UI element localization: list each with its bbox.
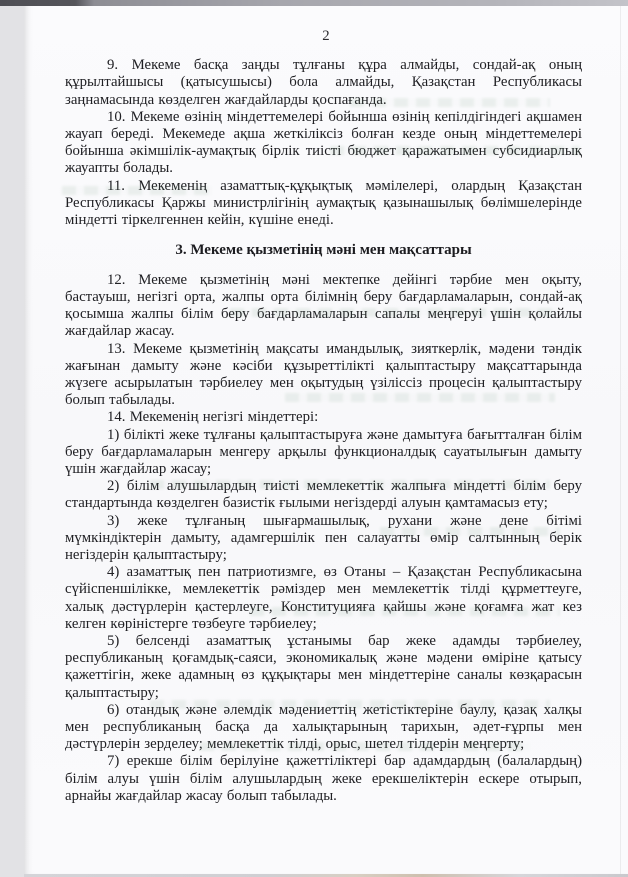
scan-edge-top xyxy=(0,0,628,6)
text-line: 3) жеке тұлғаның шығармашылық, рухани жә… xyxy=(65,513,582,530)
paragraph: 1) білікті жеке тұлғаны қалыптастыруға ж… xyxy=(65,427,582,479)
text-line: 6) отандық және әлемдік мәдениеттің жеті… xyxy=(65,702,582,719)
paragraph: 2) білім алушылардың тиісті мемлекеттік … xyxy=(65,478,582,512)
text-line: жауапты болады. xyxy=(65,160,582,177)
text-line: құрылтайшысы (қатысушысы) бола алмайды, … xyxy=(65,74,582,91)
paragraph: 4) азаматтық пен патриотизмге, өз Отаны … xyxy=(65,564,582,633)
text-line: қалыптастыру; xyxy=(65,685,582,702)
text-line: мен республиканың басқа да халықтарының … xyxy=(65,719,582,736)
text-line: негіздерін қалыптастыру; xyxy=(65,547,582,564)
text-line: жауап береді. Мекемеде ақша жеткіліксіз … xyxy=(65,126,582,143)
text-line: 2) білім алушылардың тиісті мемлекеттік … xyxy=(65,478,582,495)
text-line: арнайы жағдайлар жасау болып табылады. xyxy=(65,788,582,805)
paragraph: 7) ерекше білім берілуіне қажеттіліктері… xyxy=(65,753,582,805)
text-line: міндетті тіркелгеннен кейін, күшіне енед… xyxy=(65,212,582,229)
paragraph: 10. Мекеме өзінің міндеттемелері бойынша… xyxy=(65,109,582,178)
text-line: 5) белсенді азаматтық ұстанымы бар жеке … xyxy=(65,633,582,650)
text-line: халық дәстүрлерін қастерлеуге, Конституц… xyxy=(65,599,582,616)
text-line: заңнамасында көзделген жағдайларды қоспа… xyxy=(65,92,582,109)
text-line: 9. Мекеме басқа заңды тұлғаны құра алмай… xyxy=(65,57,582,74)
text-line: 4) азаматтық пен патриотизмге, өз Отаны … xyxy=(65,564,582,581)
paragraph: 12. Мекеме қызметінің мәні мектепке дейі… xyxy=(65,272,582,341)
page-right-edge xyxy=(620,6,621,874)
text-line: қосымша жалпы білім беру бағдарламаларын… xyxy=(65,306,582,323)
text-line: республиканың қоғамдық-саяси, экономикал… xyxy=(65,650,582,667)
text-line: бойынша әкімшілік-аумақтық бірлік тиісті… xyxy=(65,143,582,160)
text-line: 14. Мекеменің негізгі міндеттері: xyxy=(65,409,582,426)
paragraph: 3) жеке тұлғаның шығармашылық, рухани жә… xyxy=(65,513,582,565)
text-line: білім алуы үшін білім алушылардың жеке е… xyxy=(65,771,582,788)
scan-background: 2 9. Мекеме басқа заңды тұлғаны құра алм… xyxy=(0,0,628,877)
paragraph: 5) белсенді азаматтық ұстанымы бар жеке … xyxy=(65,633,582,702)
paragraph: 9. Мекеме басқа заңды тұлғаны құра алмай… xyxy=(65,57,582,109)
text-line: 12. Мекеме қызметінің мәні мектепке дейі… xyxy=(65,272,582,289)
text-line: жағынан дамыту және кәсіби құзыреттілікт… xyxy=(65,358,582,375)
paragraph: 13. Мекеме қызметінің мақсаты имандылық,… xyxy=(65,341,582,410)
text-line: болып табылады. xyxy=(65,392,582,409)
paragraph: 11. Мекеменің азаматтық-құқықтық мәмілел… xyxy=(65,178,582,230)
text-line: дәстүрлерін зерделеу; мемлекеттік тілді,… xyxy=(65,736,582,753)
text-line: 7) ерекше білім берілуіне қажеттіліктері… xyxy=(65,753,582,770)
text-line: 1) білікті жеке тұлғаны қалыптастыруға ж… xyxy=(65,427,582,444)
page-sheet: 2 9. Мекеме басқа заңды тұлғаны құра алм… xyxy=(24,2,628,874)
text-line: беру бағдарламаларын менгеру арқылы функ… xyxy=(65,444,582,461)
text-line: сүйіспеншілікке, мемлекеттік рәміздер ме… xyxy=(65,581,582,598)
text-line: жүзеге асырылатын тәрбиелеу мен оқытудың… xyxy=(65,375,582,392)
text-line: 11. Мекеменің азаматтық-құқықтық мәмілел… xyxy=(65,178,582,195)
paragraph: 14. Мекеменің негізгі міндеттері: xyxy=(65,409,582,426)
section-heading: 3. Мекеме қызметінің мәні мен мақсаттары xyxy=(65,242,582,260)
text-line: Республикасы Қаржы министрлігінің аумақт… xyxy=(65,195,582,212)
text-line: бастауыш, негізгі орта, жалпы орта білім… xyxy=(65,289,582,306)
text-line: үшін жағдайлар жасау; xyxy=(65,461,582,478)
text-line: мүмкіндіктерін дамыту, адамгершілік пен … xyxy=(65,530,582,547)
page-number: 2 xyxy=(24,2,628,45)
paragraph: 6) отандық және әлемдік мәдениеттің жеті… xyxy=(65,702,582,754)
text-line: келген көріністерге төзбеуге тәрбиелеу; xyxy=(65,616,582,633)
text-line: 10. Мекеме өзінің міндеттемелері бойынша… xyxy=(65,109,582,126)
document-body: 9. Мекеме басқа заңды тұлғаны құра алмай… xyxy=(65,57,582,805)
text-line: 13. Мекеме қызметінің мақсаты имандылық,… xyxy=(65,341,582,358)
text-line: қажеттігін, жеке адамның өз құқықтары ме… xyxy=(65,667,582,684)
text-line: жағдайлар жасау. xyxy=(65,323,582,340)
text-line: стандартында көзделген базистік ғылыми н… xyxy=(65,495,582,512)
